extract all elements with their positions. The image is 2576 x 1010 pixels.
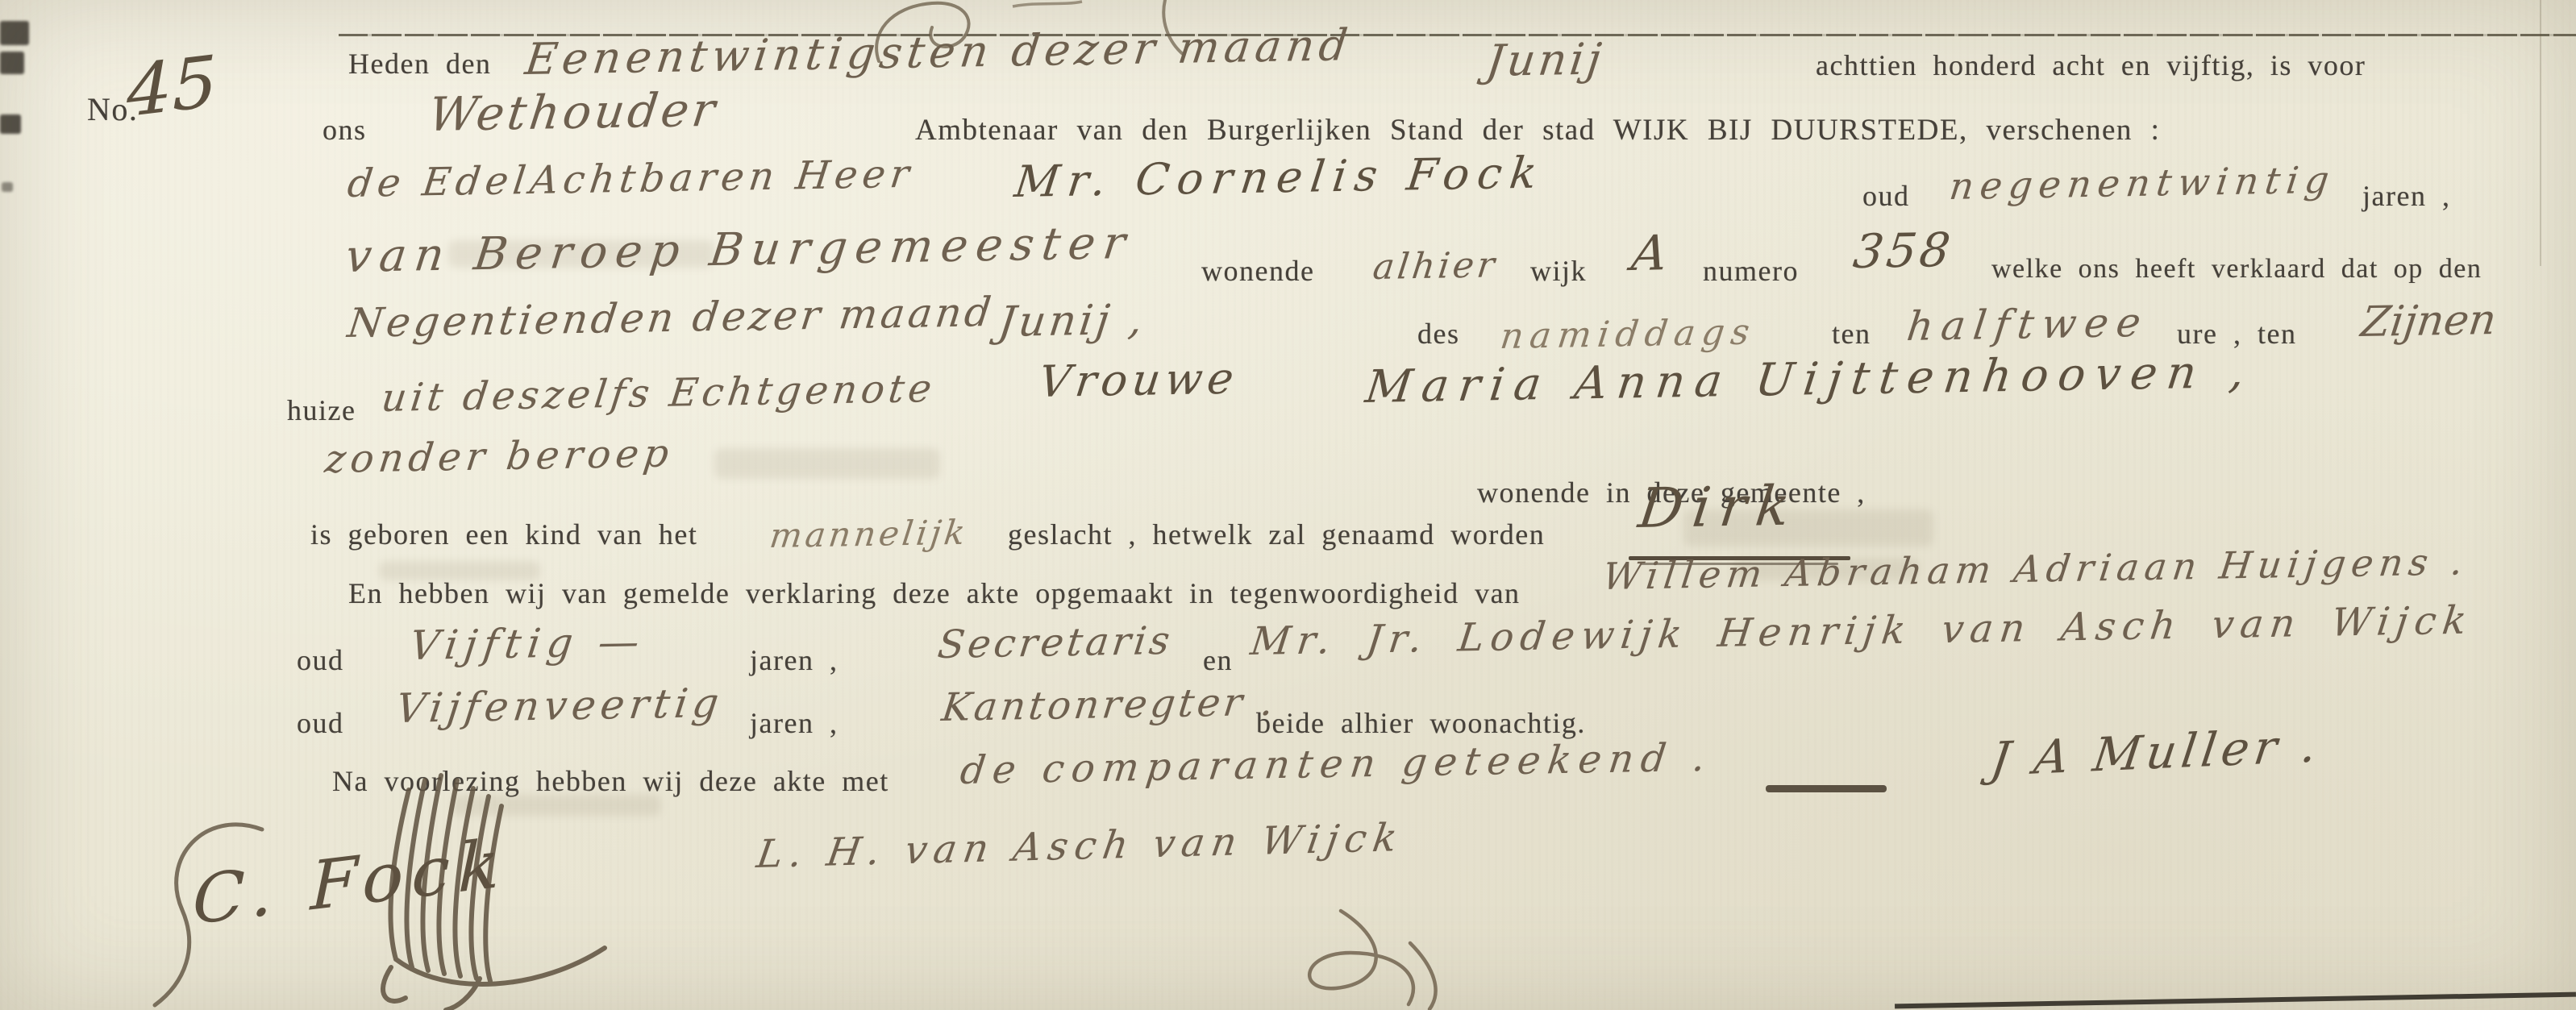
field-birth-time: halftwee — [1904, 299, 2151, 350]
field-declarant-title: de EdelAchtbaren Heer — [345, 152, 917, 206]
field-child-name: Dirk — [1635, 475, 1803, 541]
label-geboren: is geboren een kind van het — [310, 517, 697, 551]
label-oud-1: oud — [1862, 179, 1910, 213]
label-welke: welke ons heeft verklaard dat op den — [1991, 254, 2482, 285]
field-residence: alhier — [1371, 244, 1500, 288]
label-en: en — [1203, 643, 1233, 677]
scan-edge-mark — [0, 114, 21, 134]
signature-van-asch-van-wijck: L. H. van Asch van Wijck — [754, 815, 1406, 877]
label-geslacht-rest: geslacht , hetwelk zal genaamd worden — [1008, 517, 1545, 551]
label-ons: ons — [323, 113, 367, 147]
field-official-handwritten: Wethouder — [426, 82, 722, 142]
field-mother-intro: uit deszelfs Echtgenote — [379, 366, 938, 421]
label-numero: numero — [1703, 254, 1799, 288]
label-des: des — [1417, 317, 1460, 351]
label-year: achttien honderd acht en vijftig, is voo… — [1816, 48, 2366, 82]
paper-crease — [2540, 0, 2541, 266]
label-jaren-1: jaren , — [2362, 179, 2450, 213]
huijgens-signature-scribble — [359, 756, 633, 1010]
field-witness-2-occupation: Kantonregter . — [939, 680, 1280, 730]
field-witness-1-age: Vijftig — — [407, 618, 648, 669]
bleedthrough-mark — [714, 448, 940, 479]
field-house-number: 358 — [1850, 222, 1956, 279]
birth-certificate-scan: No. 45 Heden den Eenentwintigsten dezer … — [0, 0, 2576, 1010]
label-huize: huize — [287, 393, 356, 427]
field-witness-1-name: Willem Abraham Adriaan Huijgens . — [1600, 539, 2471, 598]
field-declarant-age: negenentwintig — [1947, 158, 2338, 208]
field-day-handwritten: Eenentwintigsten dezer maand — [522, 19, 1355, 85]
field-wijk-letter: A — [1629, 225, 1671, 282]
field-declarant-name: Mr. Cornelis Fock — [1012, 148, 1548, 207]
field-birth-place: Zijnen — [2358, 296, 2499, 347]
field-witness-1-occupation: Secretaris — [935, 618, 1176, 667]
scan-edge-mark — [2, 182, 13, 192]
label-woonachtig: beide alhier woonachtig. — [1256, 706, 1586, 740]
closing-dash — [1766, 785, 1887, 792]
label-ambtenaar-city: Ambtenaar van den Burgerlijken Stand der… — [915, 113, 2160, 148]
field-child-sex: mannelijk — [768, 513, 971, 555]
label-getuigen-intro: En hebben wij van gemelde verklaring dez… — [348, 576, 1521, 610]
label-wonende: wonende — [1201, 254, 1314, 288]
label-jaren-2: jaren , — [750, 643, 838, 677]
field-mother-occupation: zonder beroep — [323, 430, 676, 482]
van-asch-paraph-flourish — [1246, 896, 1496, 1010]
scan-edge-line-bottom — [1895, 992, 2576, 1009]
label-jaren-3: jaren , — [750, 706, 838, 740]
field-declarant-occupation: van Beroep Burgemeester — [343, 217, 1136, 283]
label-wijk: wijk — [1530, 254, 1587, 288]
field-mother-name: Maria Anna Uijttenhooven , — [1363, 346, 2258, 414]
label-oud-3: oud — [297, 706, 344, 740]
field-witness-2-age: Vijfenveertig — [393, 680, 726, 732]
field-daypart: namiddags — [1498, 311, 1758, 357]
field-month-handwritten: Junij — [1484, 33, 1607, 86]
label-heden-den: Heden den — [348, 47, 491, 81]
field-closing-formula: de comparanten geteekend . — [958, 735, 1715, 793]
record-number: 45 — [126, 39, 218, 133]
scan-edge-mark — [0, 52, 24, 74]
label-ten: ten — [1832, 317, 1871, 351]
registrar-signature: J A Muller . — [1987, 717, 2325, 787]
label-oud-2: oud — [297, 643, 344, 677]
field-birth-day: Negentienden dezer maand — [345, 289, 997, 347]
field-birth-month: Junij , — [996, 296, 1148, 347]
field-vrouwe: Vrouwe — [1036, 353, 1242, 407]
scan-edge-mark — [0, 21, 29, 45]
